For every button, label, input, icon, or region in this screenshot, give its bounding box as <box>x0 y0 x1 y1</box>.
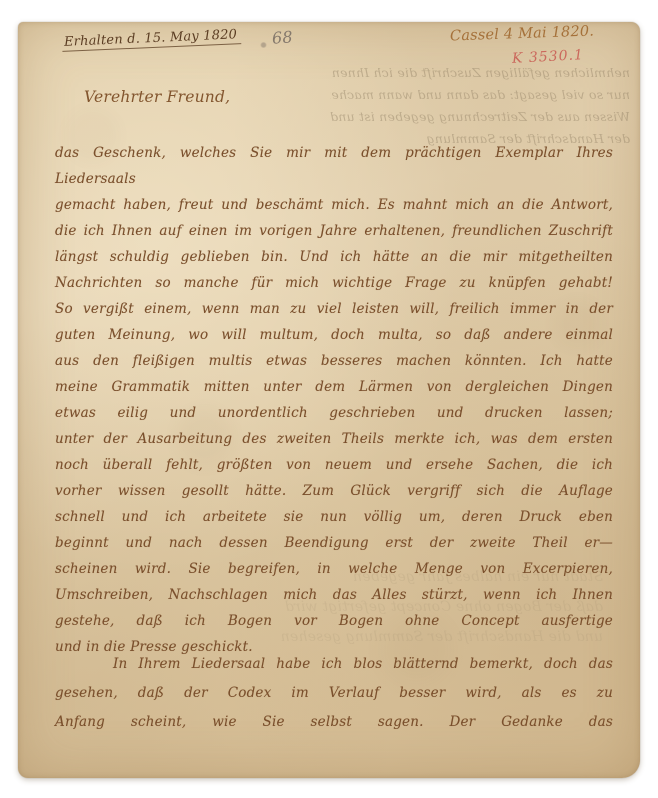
dateline: Cassel 4 Mai 1820. <box>450 23 595 44</box>
handwritten-line: gemacht haben, freut und beschämt mich. … <box>55 192 613 218</box>
showthrough-line: nur so viel gesagt: das dann und wann ma… <box>330 84 630 106</box>
handwritten-line: noch überall fehlt, größten von neuem un… <box>55 452 613 478</box>
handwritten-line: Nachrichten so manche für mich wichtige … <box>55 270 613 296</box>
handwritten-line: In Ihrem Liedersaal habe ich blos blätte… <box>55 650 613 679</box>
showthrough-text-top: nehmlichen gefälligen Zuschrift die ich … <box>330 62 630 150</box>
page-number: 68 <box>271 27 293 47</box>
handwritten-line: So vergißt einem, wenn man zu viel leist… <box>55 296 613 322</box>
showthrough-line: nehmlichen gefälligen Zuschrift die ich … <box>330 62 630 84</box>
ink-smudge <box>260 42 267 48</box>
handwritten-line: gesehen, daß der Codex im Verlauf besser… <box>55 679 613 708</box>
handwritten-line: gestehe, daß ich Bogen vor Bogen ohne Co… <box>55 608 613 634</box>
handwritten-line: guten Meinung, wo will multum, doch mult… <box>55 322 613 348</box>
showthrough-line: Wissen aus der Zeitrechnung gegeben ist … <box>330 106 630 128</box>
received-annotation: Erhalten d. 15. May 1820 <box>62 27 242 52</box>
letter-paragraph-2: In Ihrem Liedersaal habe ich blos blätte… <box>55 650 613 737</box>
handwritten-line: schnell und ich arbeitete sie nun völlig… <box>55 504 613 530</box>
letter-paragraph-1: das Geschenk, welches Sie mir mit dem pr… <box>55 140 613 660</box>
handwritten-line: Anfang scheint, wie Sie selbst sagen. De… <box>55 708 613 737</box>
handwritten-line: längst schuldig geblieben bin. Und ich h… <box>55 244 613 270</box>
handwritten-line: das Geschenk, welches Sie mir mit dem pr… <box>55 140 613 192</box>
handwritten-line: vorher wissen gesollt hätte. Zum Glück v… <box>55 478 613 504</box>
handwritten-line: etwas eilig und unordentlich geschrieben… <box>55 400 613 426</box>
handwritten-line: scheinen wird. Sie begreifen, in welche … <box>55 556 613 582</box>
scan-background: nehmlichen gefälligen Zuschrift die ich … <box>0 0 658 798</box>
handwritten-line: unter der Ausarbeitung des zweiten Theil… <box>55 426 613 452</box>
handwritten-line: Umschreiben, Nachschlagen mich das Alles… <box>55 582 613 608</box>
handwritten-line: meine Grammatik mitten unter dem Lärmen … <box>55 374 613 400</box>
salutation: Verehrter Freund, <box>84 88 230 106</box>
handwritten-line: beginnt und nach dessen Beendigung erst … <box>55 530 613 556</box>
letter-page: nehmlichen gefälligen Zuschrift die ich … <box>18 22 640 778</box>
handwritten-line: aus den fleißigen multis etwas besseres … <box>55 348 613 374</box>
handwritten-line: die ich Ihnen auf einen im vorigen Jahre… <box>55 218 613 244</box>
